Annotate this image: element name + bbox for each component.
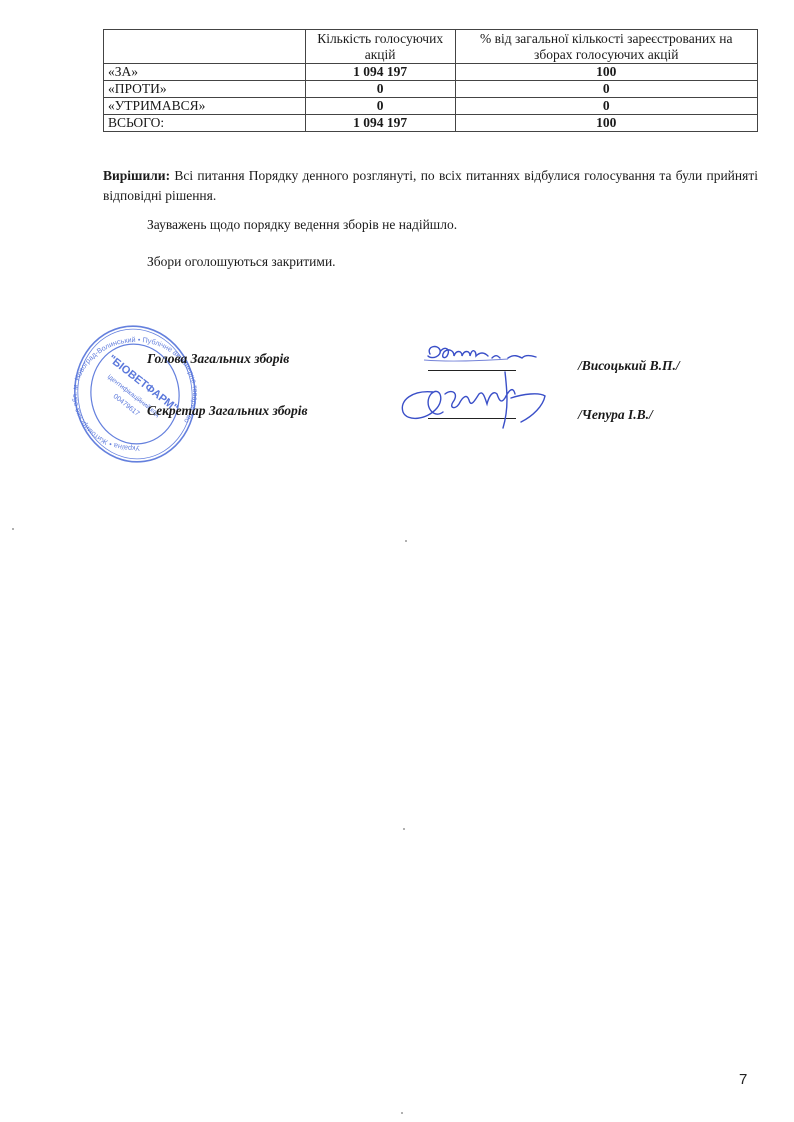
secretary-role-label: Секретар Загальних зборів	[147, 403, 308, 419]
decision-paragraph: Вирішили: Всі питання Порядку денного ро…	[103, 166, 758, 206]
scan-speck	[405, 540, 407, 542]
row-percent: 0	[455, 98, 757, 115]
table-row: «ПРОТИ» 0 0	[104, 81, 758, 98]
row-shares: 0	[305, 98, 455, 115]
vote-results-table: Кількість голосуючих акцій % від загальн…	[103, 29, 758, 132]
secretary-signature	[393, 364, 563, 432]
row-percent: 0	[455, 81, 757, 98]
handwritten-signature-icon	[393, 364, 563, 432]
row-label: «ПРОТИ»	[104, 81, 306, 98]
row-shares: 1 094 197	[305, 64, 455, 81]
table-row-total: ВСЬОГО: 1 094 197 100	[104, 115, 758, 132]
row-shares: 1 094 197	[305, 115, 455, 132]
page-number: 7	[739, 1071, 747, 1088]
scan-speck	[12, 528, 14, 530]
table-row: «ЗА» 1 094 197 100	[104, 64, 758, 81]
closing-paragraph: Збори оголошуються закритими.	[147, 252, 336, 272]
company-stamp: Україна • Житомирська обл. м. Новоград-В…	[70, 318, 200, 470]
header-percent: % від загальної кількості зареєстрованих…	[455, 30, 757, 64]
decision-text: Всі питання Порядку денного розглянуті, …	[103, 168, 758, 203]
row-label: «ЗА»	[104, 64, 306, 81]
row-label: «УТРИМАВСЯ»	[104, 98, 306, 115]
chair-role-label: Голова Загальних зборів	[147, 351, 289, 367]
chair-name: /Висоцький В.П./	[578, 358, 680, 374]
header-empty	[104, 30, 306, 64]
remarks-paragraph: Зауважень щодо порядку ведення зборів не…	[147, 215, 457, 235]
header-shares: Кількість голосуючих акцій	[305, 30, 455, 64]
decision-label: Вирішили:	[103, 168, 170, 183]
row-label: ВСЬОГО:	[104, 115, 306, 132]
document-page: Кількість голосуючих акцій % від загальн…	[0, 0, 794, 1122]
row-shares: 0	[305, 81, 455, 98]
scan-speck	[403, 828, 405, 830]
table-row: «УТРИМАВСЯ» 0 0	[104, 98, 758, 115]
scan-speck	[401, 1112, 403, 1114]
row-percent: 100	[455, 64, 757, 81]
stamp-seal-icon: Україна • Житомирська обл. м. Новоград-В…	[70, 318, 200, 470]
row-percent: 100	[455, 115, 757, 132]
table-header-row: Кількість голосуючих акцій % від загальн…	[104, 30, 758, 64]
secretary-name: /Чепура І.В./	[578, 407, 653, 423]
